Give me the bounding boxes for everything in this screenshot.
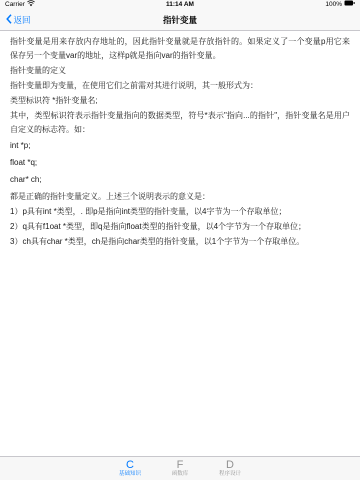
tab-label: 程序设计 [212,471,248,478]
wifi-icon [27,0,35,11]
tab-label: 基础知识 [112,471,148,478]
tab-bar: C基础知识F函数库D程序设计 [0,456,360,480]
battery-percent: 100% [325,0,342,10]
page-title: 指针变量 [0,14,360,26]
code-line: float *q; [10,156,350,170]
paragraph: 3）ch具有char *类型，ch是指向char类型的指针变量，以1个字节为一个… [10,235,350,249]
paragraph: 都是正确的指针变量定义。上述三个说明表示的意义是： [10,190,350,204]
tab-C[interactable]: C基础知识 [112,457,148,478]
tab-letter-icon: D [212,459,248,471]
paragraph: 指针变量是用来存放内存地址的，因此指针变量就是存放指针的。如果定义了一个变量p用… [10,35,350,63]
paragraph: 2）q具有f1oat *类型，即q是指向float类型的指针变量，以4个字节为一… [10,220,350,234]
tab-letter-icon: F [162,459,198,471]
code-line: int *p; [10,139,350,153]
back-chevron-icon [6,14,12,26]
tab-D[interactable]: D程序设计 [212,457,248,478]
status-time: 11:14 AM [0,0,360,10]
status-bar: 11:14 AM Carrier 100% [0,0,360,10]
paragraph: 指针变量的定义 [10,64,350,78]
tab-label: 函数库 [162,471,198,478]
paragraph: 指针变量即为变量，在使用它们之前需对其进行说明，其一般形式为： [10,79,350,93]
back-button[interactable]: 返回 [6,10,31,30]
paragraph: 类型标识符 *指针变量名; [10,94,350,108]
tab-F[interactable]: F函数库 [162,457,198,478]
paragraph: 其中，类型标识符表示指针变量指向的数据类型，符号*表示"指向...的指针"，指针… [10,109,350,137]
article-content: 指针变量是用来存放内存地址的，因此指针变量就是存放指针的。如果定义了一个变量p用… [0,31,360,249]
carrier-label: Carrier [5,0,25,10]
code-line: char* ch; [10,173,350,187]
paragraph: 1）p具有int *类型，. 即p是指向int类型的指针变量，以4字节为一个存取… [10,205,350,219]
tab-letter-icon: C [112,459,148,471]
back-label: 返回 [14,14,31,26]
battery-icon [344,0,355,10]
navigation-bar: 返回 指针变量 [0,10,360,31]
